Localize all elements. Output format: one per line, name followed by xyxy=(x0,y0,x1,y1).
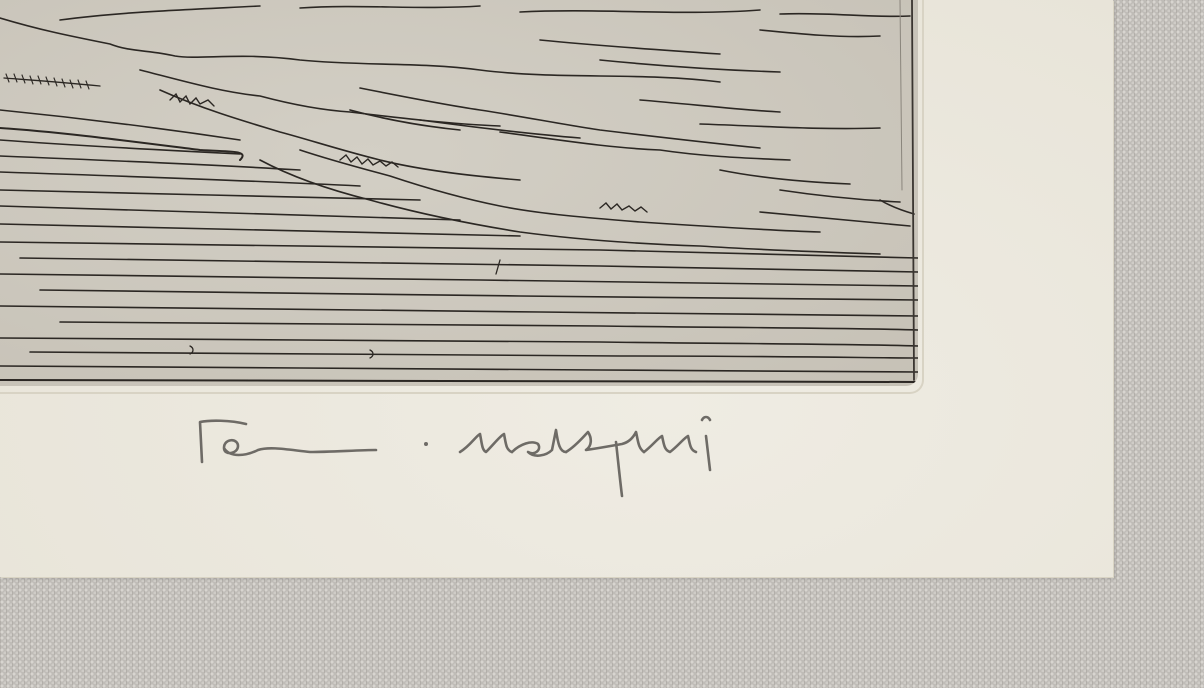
artwork-photo: Го… · Марфий xyxy=(0,0,1204,688)
pencil-signature xyxy=(190,400,890,500)
etching-lines xyxy=(0,0,918,386)
etched-plate-image xyxy=(0,0,918,386)
paper-margin xyxy=(0,0,1113,577)
